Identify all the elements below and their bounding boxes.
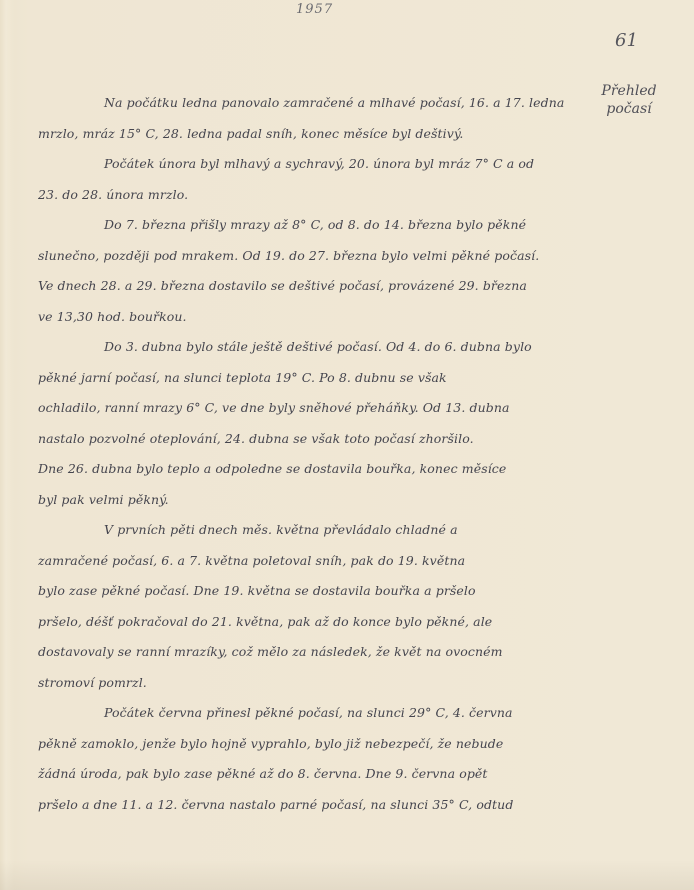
text-line: zamračené počasí, 6. a 7. května poletov… bbox=[38, 546, 598, 577]
text-line: mrzlo, mráz 15° C, 28. ledna padal sníh,… bbox=[38, 119, 598, 150]
text-line: nastalo pozvolné oteplování, 24. dubna s… bbox=[38, 424, 598, 455]
text-line: slunečno, později pod mrakem. Od 19. do … bbox=[38, 241, 598, 272]
margin-note-line: Přehled bbox=[594, 82, 664, 100]
year-header: 1957 bbox=[296, 2, 333, 17]
text-line: ve 13,30 hod. bouřkou. bbox=[38, 302, 598, 333]
text-line: žádná úroda, pak bylo zase pěkné až do 8… bbox=[38, 759, 598, 790]
text-line: Počátek února byl mlhavý a sychravý, 20.… bbox=[38, 149, 598, 180]
text-line: bylo zase pěkné počasí. Dne 19. května s… bbox=[38, 576, 598, 607]
text-line: Dne 26. dubna bylo teplo a odpoledne se … bbox=[38, 454, 598, 485]
text-line: Ve dnech 28. a 29. března dostavilo se d… bbox=[38, 271, 598, 302]
text-line: Do 7. března přišly mrazy až 8° C, od 8.… bbox=[38, 210, 598, 241]
text-line: V prvních pěti dnech měs. května převlád… bbox=[38, 515, 598, 546]
text-line: pršelo, déšť pokračoval do 21. května, p… bbox=[38, 607, 598, 638]
margin-note: Přehled počasí bbox=[594, 82, 664, 118]
text-line: pěkné jarní počasí, na slunci teplota 19… bbox=[38, 363, 598, 394]
margin-note-line: počasí bbox=[594, 100, 664, 118]
text-line: dostavovaly se ranní mrazíky, což mělo z… bbox=[38, 637, 598, 668]
text-line: byl pak velmi pěkný. bbox=[38, 485, 598, 516]
text-line: Počátek června přinesl pěkné počasí, na … bbox=[38, 698, 598, 729]
document-page: 1957 61 Přehled počasí Na počátku ledna … bbox=[0, 0, 694, 890]
text-line: pršelo a dne 11. a 12. června nastalo pa… bbox=[38, 790, 598, 821]
page-number: 61 bbox=[615, 30, 638, 51]
text-line: 23. do 28. února mrzlo. bbox=[38, 180, 598, 211]
text-line: stromoví pomrzl. bbox=[38, 668, 598, 699]
text-line: Na počátku ledna panovalo zamračené a ml… bbox=[38, 88, 598, 119]
text-line: Do 3. dubna bylo stále ještě deštivé poč… bbox=[38, 332, 598, 363]
handwritten-body: Na počátku ledna panovalo zamračené a ml… bbox=[38, 88, 598, 820]
text-line: pěkně zamoklo, jenže bylo hojně vyprahlo… bbox=[38, 729, 598, 760]
text-line: ochladilo, ranní mrazy 6° C, ve dne byly… bbox=[38, 393, 598, 424]
